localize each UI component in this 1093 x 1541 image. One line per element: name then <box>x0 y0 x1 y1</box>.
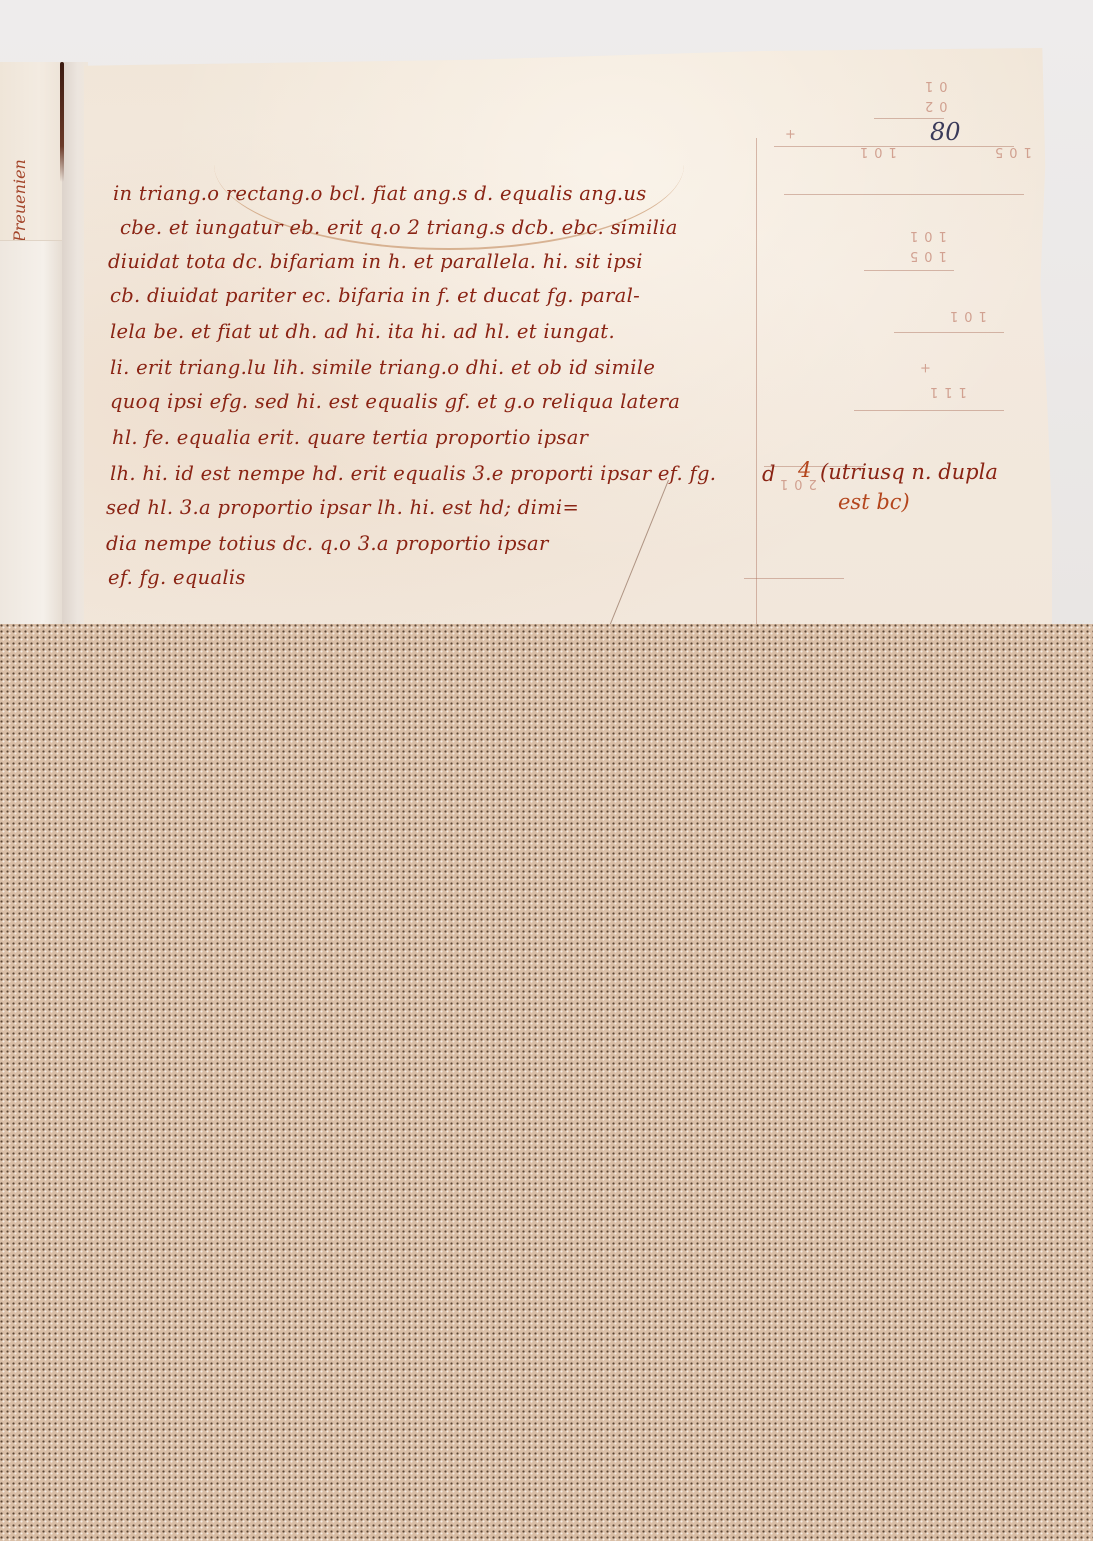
calc-number: 01 <box>919 78 948 93</box>
left-sheet-flap <box>0 240 62 661</box>
text-line: dia nempe totius dc. q.o 3.a proportio i… <box>106 532 549 555</box>
calc-rule <box>864 270 954 271</box>
calc-number: 101 <box>854 144 897 159</box>
text-line: cbe. et iungatur eb. erit q.o 2 triang.s… <box>120 216 678 239</box>
margin-note-prefix: d <box>762 462 775 486</box>
text-line: cb. diuidat pariter ec. bifaria in f. et… <box>110 284 640 307</box>
folio-number: 80 <box>930 118 961 146</box>
calc-number: 105 <box>989 144 1032 159</box>
margin-note-line1: (utriusq n. dupla <box>820 460 998 484</box>
calc-rule <box>854 410 1004 411</box>
text-line: diuidat tota dc. bifariam in h. et paral… <box>108 250 643 273</box>
left-folded-sheet: Preuenien <box>0 62 66 642</box>
text-line: quoq ipsi efg. sed hi. est equalis gf. e… <box>110 390 680 413</box>
text-line: lh. hi. id est nempe hd. erit equalis 3.… <box>110 462 716 485</box>
calc-number: 101 <box>904 228 947 243</box>
calc-number: 111 <box>924 384 967 399</box>
calc-rule <box>894 332 1004 333</box>
margin-note-line2: est bc) <box>838 490 910 514</box>
calc-number: 101 <box>944 308 987 323</box>
text-line: li. erit triang.lu lih. simile triang.o … <box>110 356 655 379</box>
left-margin-text: Preuenien <box>10 142 40 242</box>
calc-number: + <box>779 126 796 141</box>
calc-number: 105 <box>904 248 947 263</box>
masked-region <box>0 624 1093 1541</box>
text-line: sed hl. 3.a proportio ipsar lh. hi. est … <box>106 496 579 519</box>
binding-edge <box>60 62 64 182</box>
text-line: hl. fe. equalia erit. quare tertia propo… <box>112 426 588 449</box>
calc-rule <box>744 578 844 579</box>
text-line: lela be. et fiat ut dh. ad hi. ita hi. a… <box>110 320 615 343</box>
text-line: ef. fg. equalis <box>108 566 246 589</box>
margin-note-symbol: 4 <box>798 458 811 482</box>
calc-rule <box>784 194 1024 195</box>
text-line: in triang.o rectang.o bcl. fiat ang.s d.… <box>113 182 647 205</box>
calc-number: + <box>914 360 931 375</box>
calc-number: 02 <box>919 98 948 113</box>
calc-column-line <box>756 138 757 638</box>
